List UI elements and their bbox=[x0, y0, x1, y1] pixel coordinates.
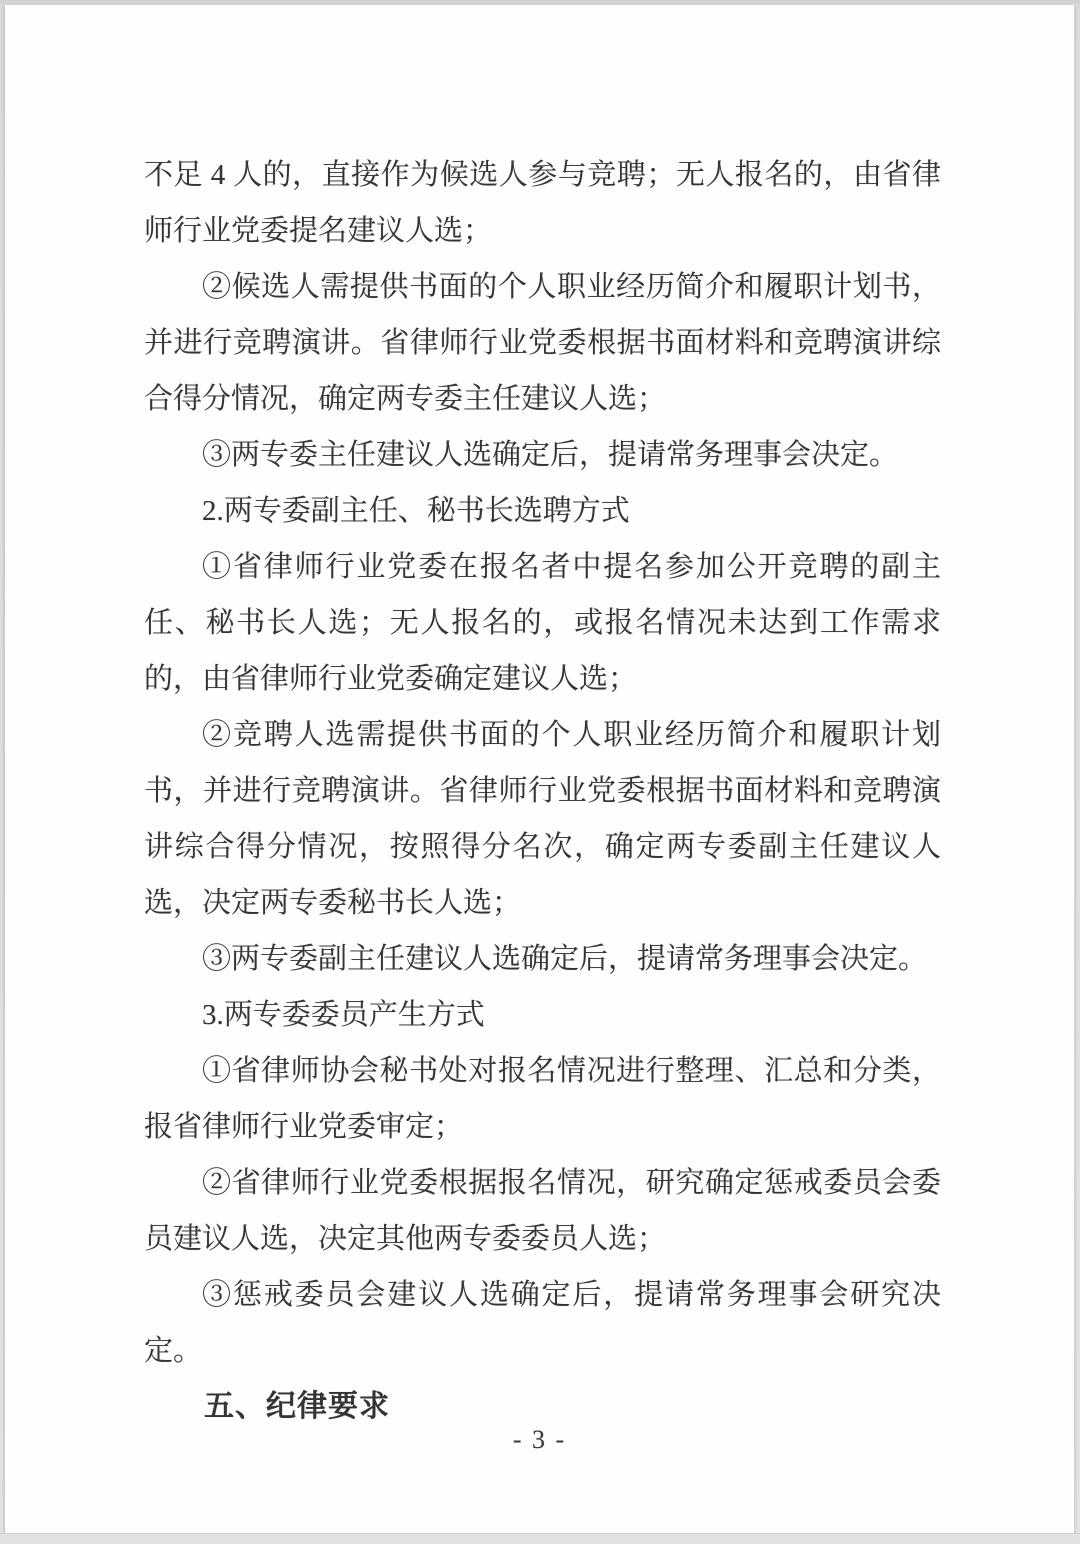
paragraph-continuation: 不足 4 人的，直接作为候选人参与竞聘；无人报名的，由省律师行业党委提名建议人选… bbox=[144, 147, 941, 259]
paragraph: ②省律师行业党委根据报名情况，研究确定惩戒委员会委员建议人选，决定其他两专委委员… bbox=[144, 1155, 941, 1267]
paragraph: ③惩戒委员会建议人选确定后，提请常务理事会研究决定。 bbox=[144, 1267, 941, 1379]
viewer-bottom-band bbox=[0, 1533, 1080, 1544]
paragraph: ③两专委副主任建议人选确定后，提请常务理事会决定。 bbox=[144, 931, 941, 987]
subsection-heading: 3.两专委委员产生方式 bbox=[144, 987, 941, 1043]
document-body: 不足 4 人的，直接作为候选人参与竞聘；无人报名的，由省律师行业党委提名建议人选… bbox=[144, 147, 941, 1435]
subsection-heading: 2.两专委副主任、秘书长选聘方式 bbox=[144, 483, 941, 539]
paragraph: ①省律师协会秘书处对报名情况进行整理、汇总和分类，报省律师行业党委审定； bbox=[144, 1043, 941, 1155]
paragraph: ①省律师行业党委在报名者中提名参加公开竞聘的副主任、秘书长人选；无人报名的，或报… bbox=[144, 539, 941, 707]
page-number: - 3 - bbox=[5, 1425, 1074, 1455]
document-page: 不足 4 人的，直接作为候选人参与竞聘；无人报名的，由省律师行业党委提名建议人选… bbox=[4, 5, 1075, 1533]
paragraph: ③两专委主任建议人选确定后，提请常务理事会决定。 bbox=[144, 427, 941, 483]
paragraph: ②竞聘人选需提供书面的个人职业经历简介和履职计划书，并进行竞聘演讲。省律师行业党… bbox=[144, 707, 941, 931]
paragraph: ②候选人需提供书面的个人职业经历简介和履职计划书，并进行竞聘演讲。省律师行业党委… bbox=[144, 259, 941, 427]
